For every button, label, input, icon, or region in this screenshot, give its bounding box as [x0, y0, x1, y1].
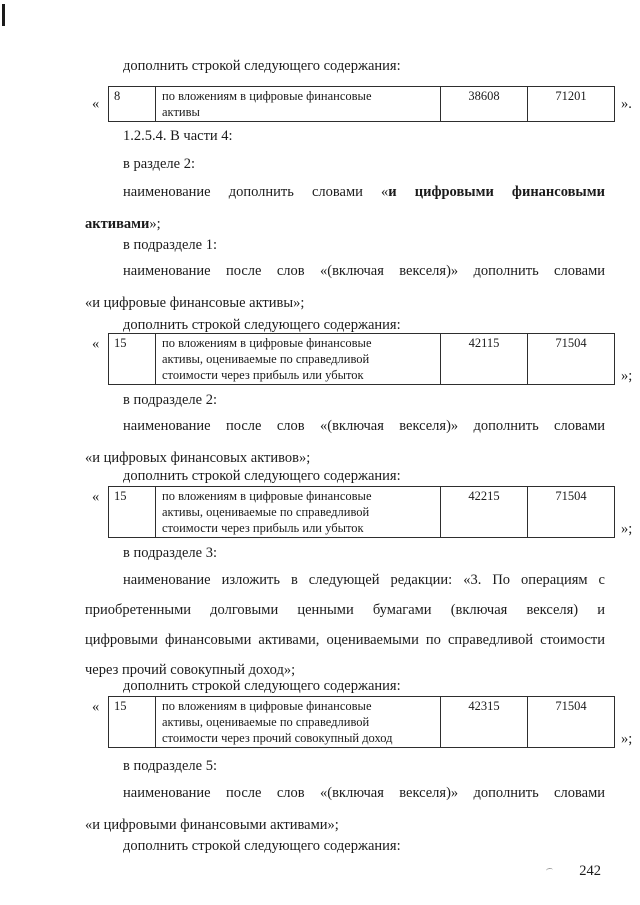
row-number-cell: 15: [109, 334, 156, 385]
scan-mark: [2, 4, 5, 26]
row-number-cell: 15: [109, 697, 156, 748]
para-after-vekselya-3: наименование после слов «(включая вексел…: [85, 777, 605, 841]
close-quote: »;: [615, 521, 632, 538]
para-line: наименование дополнить словами «и цифров…: [85, 176, 605, 208]
close-quote: »;: [615, 368, 632, 385]
in-subsection-1: в подразделе 1:: [85, 235, 605, 255]
description-line: по вложениям в цифровые финансовые: [162, 698, 434, 714]
table-row: 15 по вложениям в цифровые финансовые ак…: [109, 334, 615, 385]
scan-artifact: [546, 868, 554, 874]
para-after-vekselya-2: наименование после слов «(включая вексел…: [85, 410, 605, 474]
para-after-vekselya-1: наименование после слов «(включая вексел…: [85, 255, 605, 319]
value-cell-1: 42115: [441, 334, 528, 385]
table-row: 8 по вложениям в цифровые финансовые акт…: [109, 87, 615, 122]
para-line: наименование после слов «(включая вексел…: [85, 777, 605, 809]
document-page: дополнить строкой следующего содержания:…: [0, 0, 640, 905]
page-number: 242: [579, 861, 601, 881]
description-line: по вложениям в цифровые финансовые: [162, 488, 434, 504]
row-number-cell: 8: [109, 87, 156, 122]
value-cell-2: 71504: [528, 487, 615, 538]
in-subsection-5: в подразделе 5:: [85, 756, 605, 776]
description-cell: по вложениям в цифровые финансовые актив…: [156, 334, 441, 385]
para-line: наименование после слов «(включая вексел…: [85, 410, 605, 442]
value-cell-2: 71201: [528, 87, 615, 122]
description-cell: по вложениям в цифровые финансовые актив…: [156, 487, 441, 538]
table-row: 15 по вложениям в цифровые финансовые ак…: [109, 697, 615, 748]
amendment-table-2: « 15 по вложениям в цифровые финансовые …: [92, 333, 632, 385]
text-bold: активами: [85, 216, 149, 232]
value-cell-1: 38608: [441, 87, 528, 122]
open-quote: «: [92, 333, 108, 353]
description-cell: по вложениям в цифровые финансовые актив…: [156, 697, 441, 748]
description-line: стоимости через прибыль или убыток: [162, 520, 434, 536]
para-line: наименование после слов «(включая вексел…: [85, 255, 605, 287]
add-row-label-5: дополнить строкой следующего содержания:: [85, 836, 605, 856]
table-row: 15 по вложениям в цифровые финансовые ак…: [109, 487, 615, 538]
text-bold: и цифровыми финансовыми: [388, 184, 605, 200]
add-row-label-3: дополнить строкой следующего содержания:: [85, 466, 605, 486]
amendment-table-3: « 15 по вложениям в цифровые финансовые …: [92, 486, 632, 538]
amendment-table-1: « 8 по вложениям в цифровые финансовые а…: [92, 86, 632, 122]
description-line: стоимости через прибыль или убыток: [162, 367, 434, 383]
table: 8 по вложениям в цифровые финансовые акт…: [108, 86, 615, 122]
in-subsection-3: в подразделе 3:: [85, 543, 605, 563]
close-quote: ».: [615, 96, 632, 113]
para-redaction: наименование изложить в следующей редакц…: [85, 565, 605, 685]
amendment-table-4: « 15 по вложениям в цифровые финансовые …: [92, 696, 632, 748]
row-number-cell: 15: [109, 487, 156, 538]
description-line: активы: [162, 104, 434, 120]
open-quote: «: [92, 696, 108, 716]
para-line: приобретенными долговыми ценными бумагам…: [85, 595, 605, 625]
value-cell-2: 71504: [528, 697, 615, 748]
section-heading: 1.2.5.4. В части 4:: [85, 126, 605, 146]
add-row-label-2: дополнить строкой следующего содержания:: [85, 315, 605, 335]
in-section-2: в разделе 2:: [85, 154, 605, 174]
table: 15 по вложениям в цифровые финансовые ак…: [108, 333, 615, 385]
description-line: по вложениям в цифровые финансовые: [162, 335, 434, 351]
table: 15 по вложениям в цифровые финансовые ак…: [108, 486, 615, 538]
para-line: наименование изложить в следующей редакц…: [85, 565, 605, 595]
description-cell: по вложениям в цифровые финансовые актив…: [156, 87, 441, 122]
description-line: активы, оцениваемые по справедливой: [162, 504, 434, 520]
para-name-add: наименование дополнить словами «и цифров…: [85, 176, 605, 240]
text-regular: наименование дополнить словами «: [123, 184, 388, 200]
table: 15 по вложениям в цифровые финансовые ак…: [108, 696, 615, 748]
add-row-label-4: дополнить строкой следующего содержания:: [85, 676, 605, 696]
description-line: по вложениям в цифровые финансовые: [162, 88, 434, 104]
value-cell-1: 42315: [441, 697, 528, 748]
close-quote: »;: [615, 731, 632, 748]
value-cell-2: 71504: [528, 334, 615, 385]
description-line: активы, оцениваемые по справедливой: [162, 714, 434, 730]
open-quote: «: [92, 96, 108, 113]
text-regular: »;: [149, 216, 160, 232]
description-line: стоимости через прочий совокупный доход: [162, 730, 434, 746]
description-line: активы, оцениваемые по справедливой: [162, 351, 434, 367]
para-line: цифровыми финансовыми активами, оценивае…: [85, 625, 605, 655]
add-row-label-1: дополнить строкой следующего содержания:: [85, 56, 605, 76]
in-subsection-2: в подразделе 2:: [85, 390, 605, 410]
open-quote: «: [92, 486, 108, 506]
value-cell-1: 42215: [441, 487, 528, 538]
